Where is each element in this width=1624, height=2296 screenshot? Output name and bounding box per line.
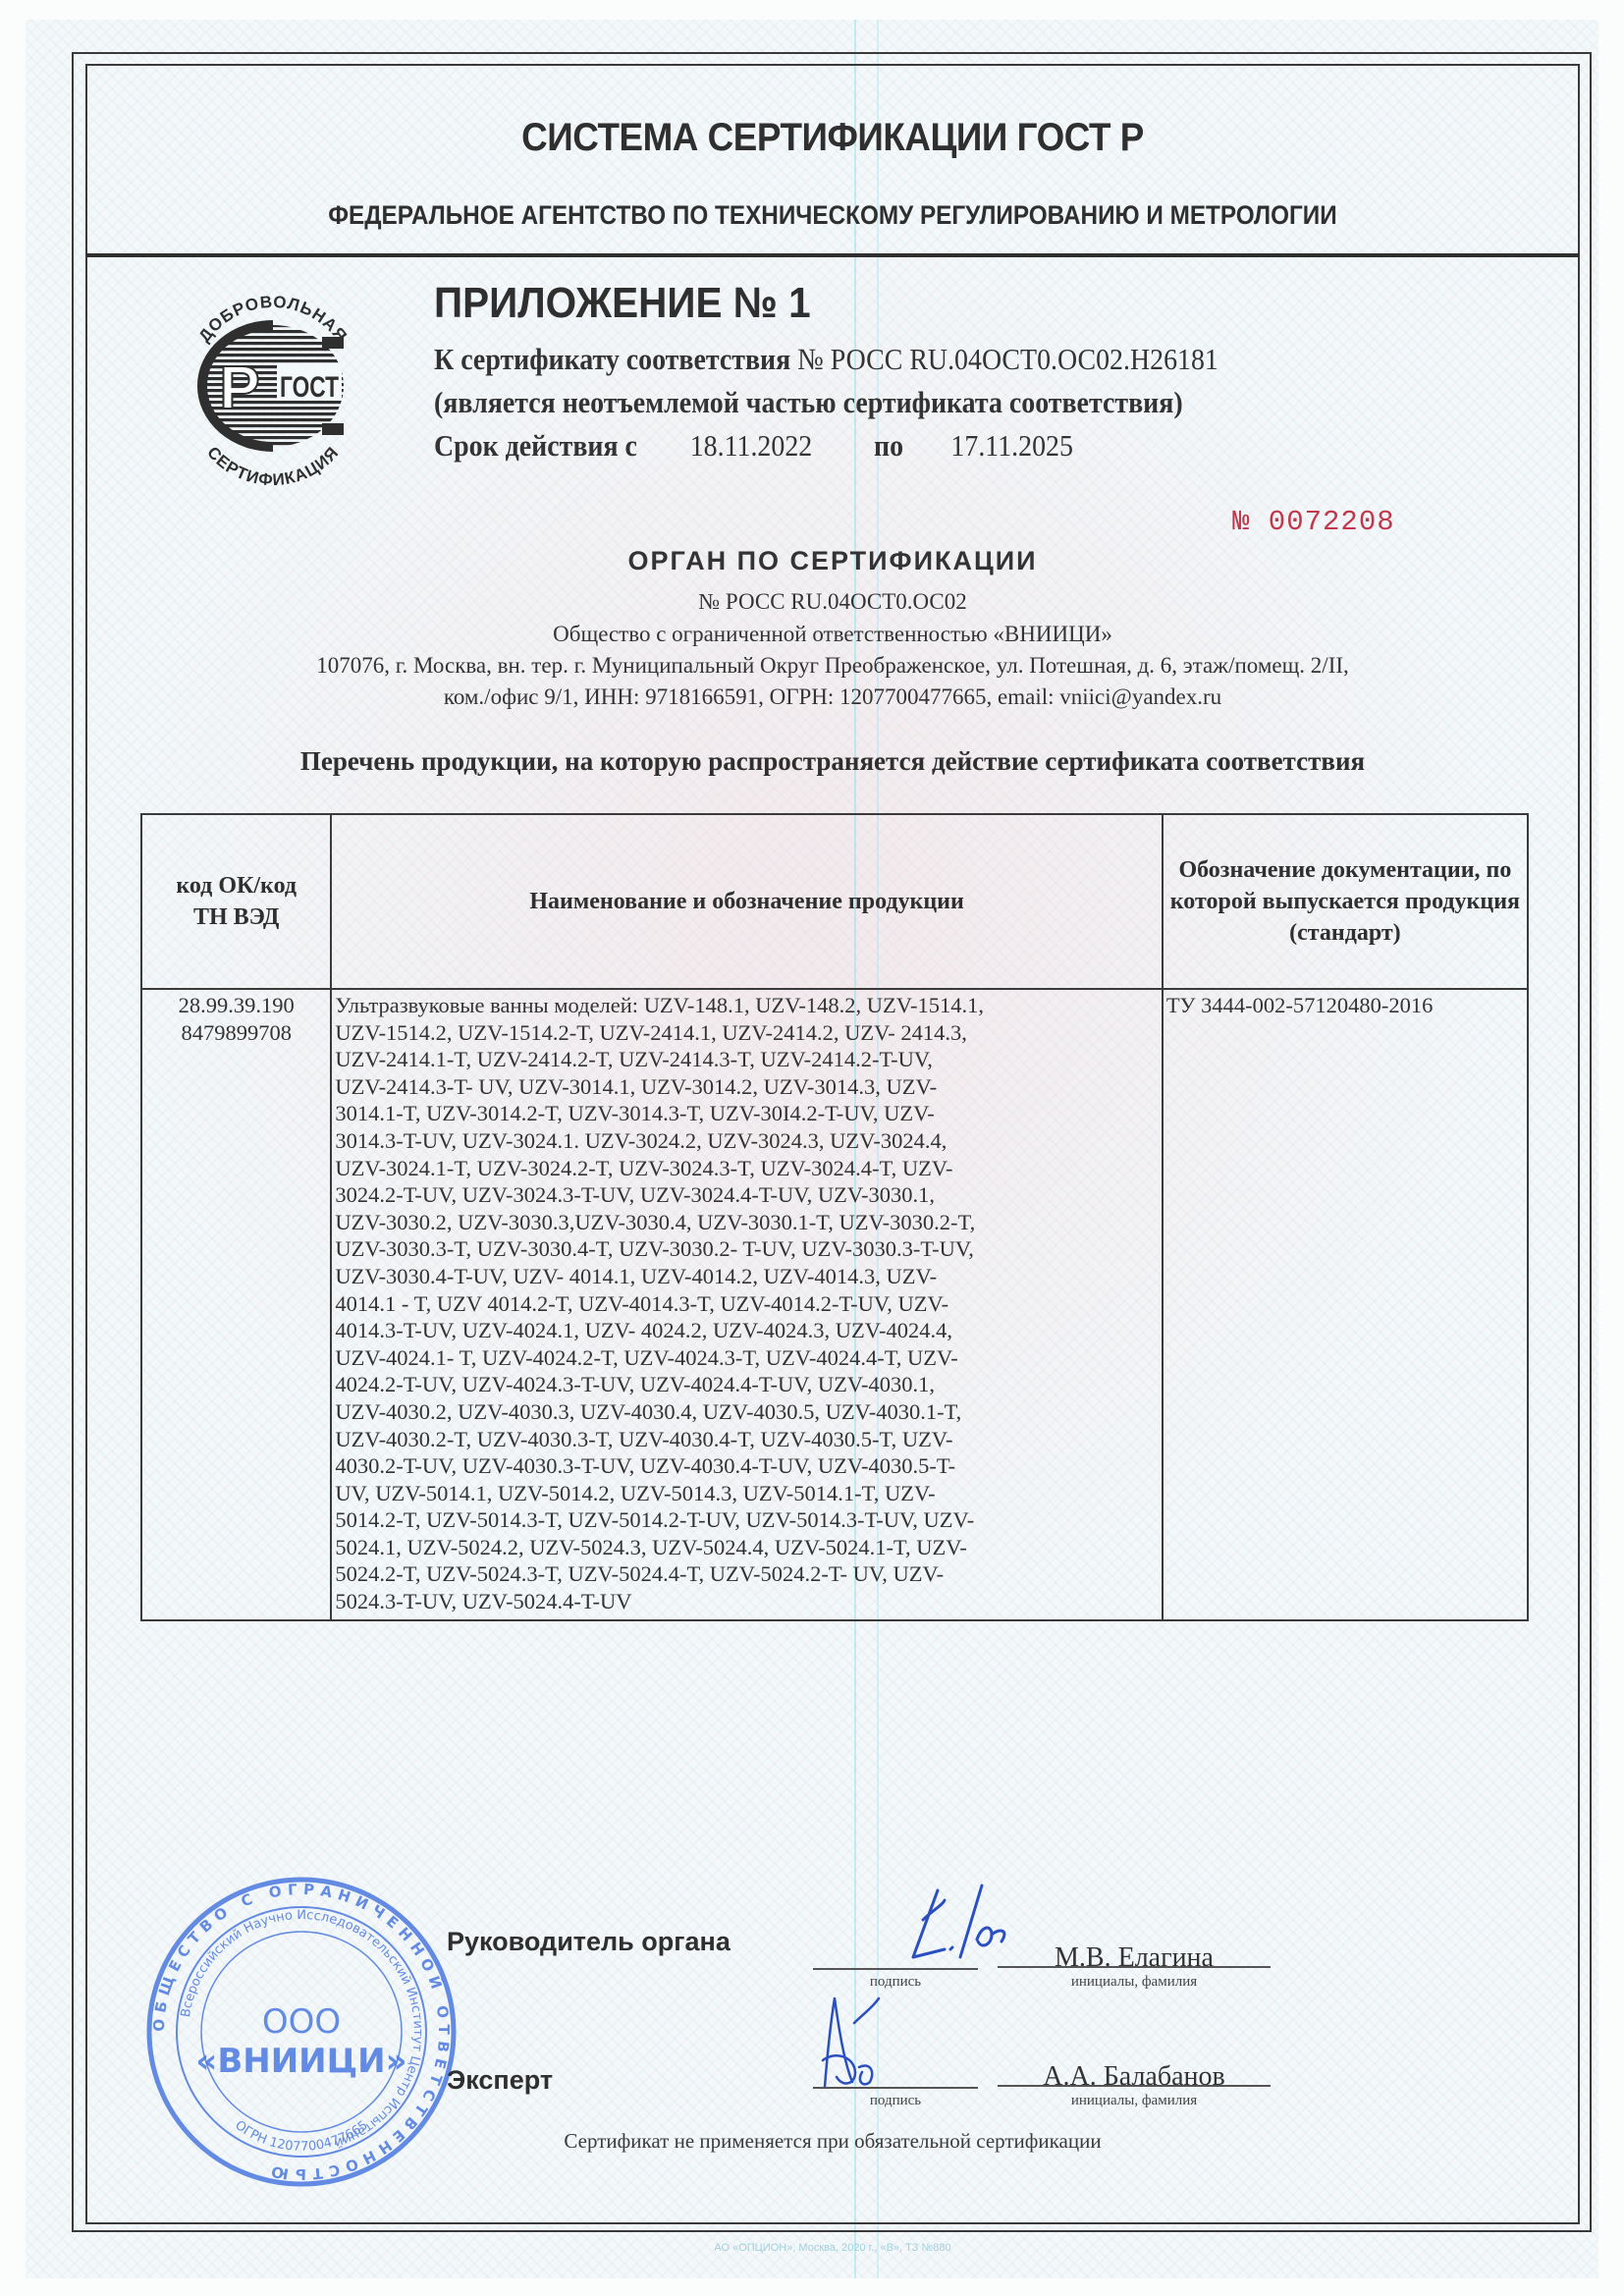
certification-body-address-2: ком./офис 9/1, ИНН: 9718166591, ОГРН: 12… bbox=[85, 684, 1580, 710]
certification-body-number: № РОСС RU.04ОСТ0.ОС02 bbox=[85, 589, 1580, 615]
product-models-list: Ультразвуковые ванны моделей: UZV-148.1,… bbox=[335, 992, 1158, 1615]
certification-body-address-1: 107076, г. Москва, вн. тер. г. Муниципал… bbox=[85, 653, 1580, 679]
header-divider bbox=[86, 253, 1579, 257]
product-models-line: UZV-3030.2, UZV-3030.3,UZV-3030.4, UZV-3… bbox=[335, 1209, 1158, 1236]
table-header-row: код ОК/код ТН ВЭД Наименование и обознач… bbox=[141, 814, 1528, 989]
code-ok: 28.99.39.190 bbox=[145, 992, 327, 1019]
certification-body-title: ОРГАН ПО СЕРТИФИКАЦИИ bbox=[85, 546, 1580, 576]
product-models-line: UZV-4024.1- T, UZV-4024.2-T, UZV-4024.3-… bbox=[335, 1344, 1158, 1372]
products-table: код ОК/код ТН ВЭД Наименование и обознач… bbox=[140, 813, 1529, 1621]
expert-name: А.А. Балабанов bbox=[998, 2061, 1271, 2093]
gost-r-logo-icon: ДОБРОВОЛЬНАЯ СЕРТИФИКАЦИЯ Р ГОСТ bbox=[175, 283, 371, 489]
expert-signature-icon bbox=[805, 1984, 913, 2092]
product-models-line: UZV-4030.2, UZV-4030.3, UZV-4030.4, UZV-… bbox=[335, 1398, 1158, 1426]
head-name: М.В. Елагина bbox=[998, 1942, 1271, 1974]
product-codes-cell: 28.99.39.190 8479899708 bbox=[141, 989, 331, 1620]
product-name-cell: Ультразвуковые ванны моделей: UZV-148.1,… bbox=[331, 989, 1162, 1620]
cert-ref-label: К сертификату соответствия bbox=[434, 342, 790, 376]
head-signature-line bbox=[813, 1968, 978, 1970]
product-models-line: UZV-4030.2-T, UZV-4030.3-T, UZV-4030.4-T… bbox=[335, 1426, 1158, 1453]
product-models-line: 5014.2-T, UZV-5014.3-T, UZV-5014.2-T-UV,… bbox=[335, 1506, 1158, 1534]
product-models-line: 5024.3-T-UV, UZV-5024.4-T-UV bbox=[335, 1588, 1158, 1615]
column-header-standard: Обозначение документации, по которой вып… bbox=[1163, 814, 1528, 989]
product-models-line: 5024.2-T, UZV-5024.3-T, UZV-5024.4-T, UZ… bbox=[335, 1560, 1158, 1588]
validity-to-label: по bbox=[874, 428, 903, 464]
expert-name-caption: инициалы, фамилия bbox=[998, 2093, 1271, 2109]
product-models-line: 4024.2-T-UV, UZV-4024.3-T-UV, UZV-4024.4… bbox=[335, 1371, 1158, 1398]
product-models-line: UZV-1514.2, UZV-1514.2-T, UZV-2414.1, UZ… bbox=[335, 1019, 1158, 1047]
product-standard-cell: ТУ 3444-002-57120480-2016 bbox=[1163, 989, 1528, 1620]
expert-signature-line bbox=[813, 2087, 978, 2089]
cert-ref-number: № РОСС RU.04ОСТ0.ОС02.Н26181 bbox=[797, 342, 1218, 376]
head-role-label: Руководитель органа bbox=[447, 1927, 731, 1957]
validity-label: Срок действия с bbox=[434, 428, 637, 463]
valid-to-date: 17.11.2025 bbox=[950, 428, 1073, 464]
product-models-line: UZV-3024.1-T, UZV-3024.2-T, UZV-3024.3-T… bbox=[335, 1155, 1158, 1182]
certification-body-org: Общество с ограниченной ответственностью… bbox=[85, 622, 1580, 647]
product-models-line: 3014.3-T-UV, UZV-3024.1. UZV-3024.2, UZV… bbox=[335, 1127, 1158, 1155]
certificate-reference: К сертификату соответствия № РОСС RU.04О… bbox=[434, 342, 1218, 377]
product-models-line: 5024.1, UZV-5024.2, UZV-5024.3, UZV-5024… bbox=[335, 1534, 1158, 1561]
expert-role-label: Эксперт bbox=[447, 2065, 553, 2096]
product-models-line: 3014.1-T, UZV-3014.2-T, UZV-3014.3-T, UZ… bbox=[335, 1100, 1158, 1127]
svg-text:ООО: ООО bbox=[262, 2002, 341, 2042]
product-models-line: UZV-2414.1-T, UZV-2414.2-T, UZV-2414.3-T… bbox=[335, 1046, 1158, 1073]
expert-signature-caption: подпись bbox=[813, 2093, 978, 2109]
integral-part-note: (является неотъемлемой частью сертификат… bbox=[434, 385, 1183, 420]
footer-note: Сертификат не применяется при обязательн… bbox=[85, 2129, 1580, 2154]
product-models-line: UZV-3030.3-T, UZV-3030.4-T, UZV-3030.2- … bbox=[335, 1235, 1158, 1263]
table-row: 28.99.39.190 8479899708 Ультразвуковые в… bbox=[141, 989, 1528, 1620]
product-models-line: 4030.2-T-UV, UZV-4030.3-T-UV, UZV-4030.4… bbox=[335, 1452, 1158, 1480]
head-name-caption: инициалы, фамилия bbox=[998, 1974, 1271, 1991]
product-models-line: 4014.3-T-UV, UZV-4024.1, UZV- 4024.2, UZ… bbox=[335, 1317, 1158, 1344]
product-models-line: UV, UZV-5014.1, UZV-5014.2, UZV-5014.3, … bbox=[335, 1480, 1158, 1507]
product-models-line: UZV-3030.4-T-UV, UZV- 4014.1, UZV-4014.2… bbox=[335, 1263, 1158, 1290]
agency-name: ФЕДЕРАЛЬНОЕ АГЕНТСТВО ПО ТЕХНИЧЕСКОМУ РЕ… bbox=[160, 200, 1505, 231]
head-name-line bbox=[998, 1966, 1271, 1968]
product-models-line: 3024.2-T-UV, UZV-3024.3-T-UV, UZV-3024.4… bbox=[335, 1181, 1158, 1209]
svg-text:«ВНИИЦИ»: «ВНИИЦИ» bbox=[195, 2042, 406, 2081]
svg-text:ГОСТ: ГОСТ bbox=[280, 371, 339, 404]
product-models-line: Ультразвуковые ванны моделей: UZV-148.1,… bbox=[335, 992, 1158, 1019]
product-models-line: UZV-2414.3-T- UV, UZV-3014.1, UZV-3014.2… bbox=[335, 1073, 1158, 1101]
product-models-line: 4014.1 - T, UZV 4014.2-T, UZV-4014.3-T, … bbox=[335, 1290, 1158, 1318]
product-list-title: Перечень продукции, на которую распростр… bbox=[85, 746, 1580, 777]
validity-period: Срок действия с 18.11.2022 по 17.11.2025 bbox=[434, 428, 1141, 464]
valid-from-date: 18.11.2022 bbox=[690, 428, 813, 464]
svg-text:Р: Р bbox=[219, 355, 259, 422]
expert-name-line bbox=[998, 2085, 1271, 2087]
printer-mark: АО «ОПЦИОН», Москва, 2020 г., «В», ТЗ №8… bbox=[85, 2242, 1580, 2254]
system-title: СИСТЕМА СЕРТИФИКАЦИИ ГОСТ Р bbox=[145, 116, 1520, 160]
column-header-name: Наименование и обозначение продукции bbox=[331, 814, 1162, 989]
annex-title: ПРИЛОЖЕНИЕ № 1 bbox=[434, 279, 811, 328]
form-serial-number: № 0072208 bbox=[1232, 506, 1395, 538]
code-tnved: 8479899708 bbox=[145, 1019, 327, 1047]
column-header-code: код ОК/код ТН ВЭД bbox=[141, 814, 331, 989]
